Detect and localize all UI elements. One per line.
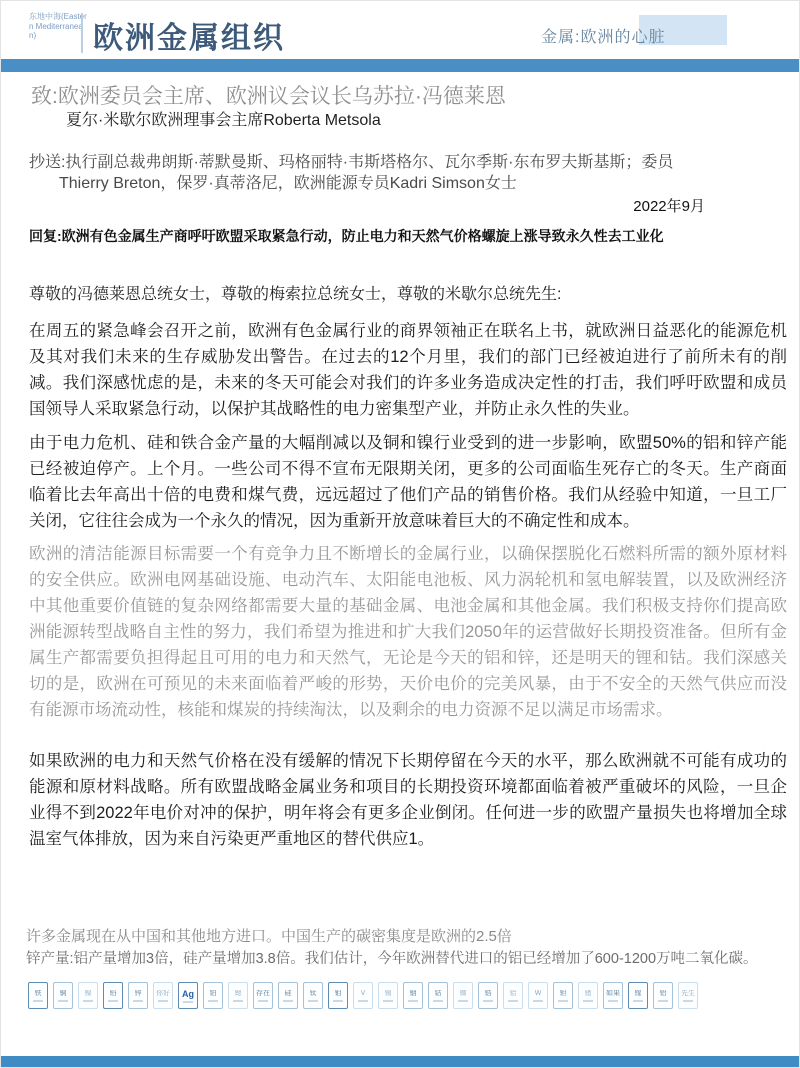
element-tile-钼: 钼 (328, 982, 348, 1009)
element-tile-先生: 先生 (678, 982, 698, 1009)
element-sublabel-bar (408, 1000, 418, 1002)
element-tile-锗: 锗 (578, 982, 598, 1009)
cc-line-2: Thierry Breton，保罗·真蒂洛尼，欧洲能源专员Kadri Simso… (59, 173, 787, 194)
cc-block: 抄送:执行副总裁弗朗斯·蒂默曼斯、玛格丽特·韦斯塔格尔、瓦尔季斯·东布罗夫斯基斯… (29, 152, 787, 194)
salutation: 尊敬的冯德莱恩总统女士，尊敬的梅索拉总统女士，尊敬的米歇尔总统先生: (29, 284, 787, 305)
paragraph-4: 如果欧洲的电力和天然气价格在没有缓解的情况下长期停留在今天的水平，那么欧洲就不可… (29, 748, 787, 852)
element-tile-硅: 硅 (278, 982, 298, 1009)
element-tile-铂: 铂 (203, 982, 223, 1009)
element-tiles-row: 铁铜镍铅锌你好Ag铂锶存在硅钛钼V锡铟钴铷锆铪W钽锗如果镓铝先生 (28, 982, 799, 1009)
element-sublabel-bar (508, 1000, 518, 1002)
element-symbol: 锶 (235, 990, 242, 998)
element-tile-镓: 镓 (628, 982, 648, 1009)
recipient-line: 致:欧洲委员会主席、欧洲议会议长乌苏拉·冯德莱恩 (31, 84, 787, 109)
element-sublabel-bar (183, 1001, 193, 1003)
element-symbol: 如果 (606, 990, 620, 998)
page-header: 东地中海(Eastern Mediterranean) 欧洲金属组织 金属:欧洲… (1, 1, 799, 59)
element-sublabel-bar (233, 1000, 243, 1002)
page-title: 欧洲金属组织 (93, 13, 285, 57)
subject-line: 回复:欧洲有色金属生产商呼吁欧盟采取紧急行动，防止电力和天然气价格螺旋上涨导致永… (29, 226, 787, 247)
element-tile-如果: 如果 (603, 982, 623, 1009)
footnote-line-1: 许多金属现在从中国和其他地方进口。中国生产的碳密集度是欧洲的2.5倍 (26, 926, 787, 948)
element-tile-铪: 铪 (503, 982, 523, 1009)
element-tile-锆: 锆 (478, 982, 498, 1009)
element-sublabel-bar (158, 1000, 168, 1002)
element-symbol: 铷 (460, 990, 467, 998)
header-accent-bar (1, 59, 799, 72)
footnote-line-2: 锌产量:铝产量增加3倍，硅产量增加3.8倍。我们估计，今年欧洲替代进口的铝已经增… (26, 948, 787, 970)
element-symbol: 钼 (335, 990, 342, 998)
element-sublabel-bar (533, 1000, 543, 1002)
element-sublabel-bar (83, 1000, 93, 1002)
element-symbol: 锗 (585, 990, 592, 998)
element-symbol: 铜 (60, 990, 67, 998)
date-line: 2022年9月 (29, 197, 705, 217)
letter-body: 致:欧洲委员会主席、欧洲议会议长乌苏拉·冯德莱恩 夏尔·米歇尔欧洲理事会主席Ro… (1, 84, 799, 970)
element-symbol: 钴 (435, 990, 442, 998)
element-sublabel-bar (358, 1000, 368, 1002)
element-sublabel-bar (683, 1000, 693, 1002)
element-sublabel-bar (283, 1000, 293, 1002)
element-sublabel-bar (208, 1000, 218, 1002)
header-tagline: 金属:欧洲的心脏 (541, 24, 665, 47)
element-symbol: 钽 (560, 990, 567, 998)
paragraph-2: 由于电力危机、硅和铁合金产量的大幅削减以及铜和镍行业受到的进一步影响，欧盟50%… (29, 430, 787, 534)
element-tile-镍: 镍 (78, 982, 98, 1009)
element-symbol: 铁 (35, 990, 42, 998)
letter-document-page: 东地中海(Eastern Mediterranean) 欧洲金属组织 金属:欧洲… (0, 0, 800, 1068)
paragraph-1: 在周五的紧急峰会召开之前，欧洲有色金属行业的商界领袖正在联名上书，就欧洲日益恶化… (29, 318, 787, 422)
element-sublabel-bar (133, 1000, 143, 1002)
element-tile-钴: 钴 (428, 982, 448, 1009)
element-tile-W: W (528, 982, 548, 1009)
element-symbol: 锌 (135, 990, 142, 998)
element-sublabel-bar (258, 1000, 268, 1002)
element-symbol: 镍 (85, 990, 92, 998)
element-sublabel-bar (633, 1000, 643, 1002)
element-symbol: 先生 (681, 990, 695, 998)
element-sublabel-bar (58, 1000, 68, 1002)
element-symbol: 铅 (110, 990, 117, 998)
element-sublabel-bar (383, 1000, 393, 1002)
element-tile-锶: 锶 (228, 982, 248, 1009)
element-sublabel-bar (33, 1000, 43, 1002)
element-sublabel-bar (658, 1000, 668, 1002)
element-symbol: V (361, 990, 366, 998)
element-symbol: 铝 (660, 990, 667, 998)
element-tile-铜: 铜 (53, 982, 73, 1009)
element-symbol: 钛 (310, 990, 317, 998)
element-tile-钽: 钽 (553, 982, 573, 1009)
recipient-line-2: 夏尔·米歇尔欧洲理事会主席Roberta Metsola (66, 111, 787, 131)
footnotes: 许多金属现在从中国和其他地方进口。中国生产的碳密集度是欧洲的2.5倍 锌产量:铝… (29, 926, 787, 970)
element-tile-你好: 你好 (153, 982, 173, 1009)
element-symbol: 锡 (385, 990, 392, 998)
element-tile-铟: 铟 (403, 982, 423, 1009)
element-tile-铅: 铅 (103, 982, 123, 1009)
element-symbol: W (535, 990, 542, 998)
element-symbol: 铪 (510, 990, 517, 998)
element-symbol: 锆 (485, 990, 492, 998)
element-symbol: 镓 (635, 990, 642, 998)
element-tile-V: V (353, 982, 373, 1009)
element-sublabel-bar (458, 1000, 468, 1002)
element-tile-锌: 锌 (128, 982, 148, 1009)
element-symbol: 存在 (256, 990, 270, 998)
element-symbol: 铟 (410, 990, 417, 998)
element-tile-存在: 存在 (253, 982, 273, 1009)
element-tile-Ag: Ag (178, 982, 198, 1009)
element-tile-钛: 钛 (303, 982, 323, 1009)
element-sublabel-bar (483, 1000, 493, 1002)
element-sublabel-bar (108, 1000, 118, 1002)
element-sublabel-bar (583, 1000, 593, 1002)
element-sublabel-bar (433, 1000, 443, 1002)
element-tile-铝: 铝 (653, 982, 673, 1009)
element-tile-铷: 铷 (453, 982, 473, 1009)
header-divider (81, 13, 83, 53)
element-sublabel-bar (333, 1000, 343, 1002)
element-sublabel-bar (558, 1000, 568, 1002)
element-symbol: 你好 (156, 990, 170, 998)
element-sublabel-bar (608, 1000, 618, 1002)
cc-line-1: 抄送:执行副总裁弗朗斯·蒂默曼斯、玛格丽特·韦斯塔格尔、瓦尔季斯·东布罗夫斯基斯… (29, 152, 787, 173)
paragraph-3: 欧洲的清洁能源目标需要一个有竞争力且不断增长的金属行业，以确保摆脱化石燃料所需的… (29, 541, 787, 723)
element-symbol: 硅 (285, 990, 292, 998)
element-symbol: 铂 (210, 990, 217, 998)
element-tile-铁: 铁 (28, 982, 48, 1009)
element-symbol: Ag (182, 989, 194, 999)
footer-accent-bar (1, 1056, 799, 1067)
brand-region-label: 东地中海(Eastern Mediterranean) (29, 12, 89, 41)
element-sublabel-bar (308, 1000, 318, 1002)
element-tile-锡: 锡 (378, 982, 398, 1009)
